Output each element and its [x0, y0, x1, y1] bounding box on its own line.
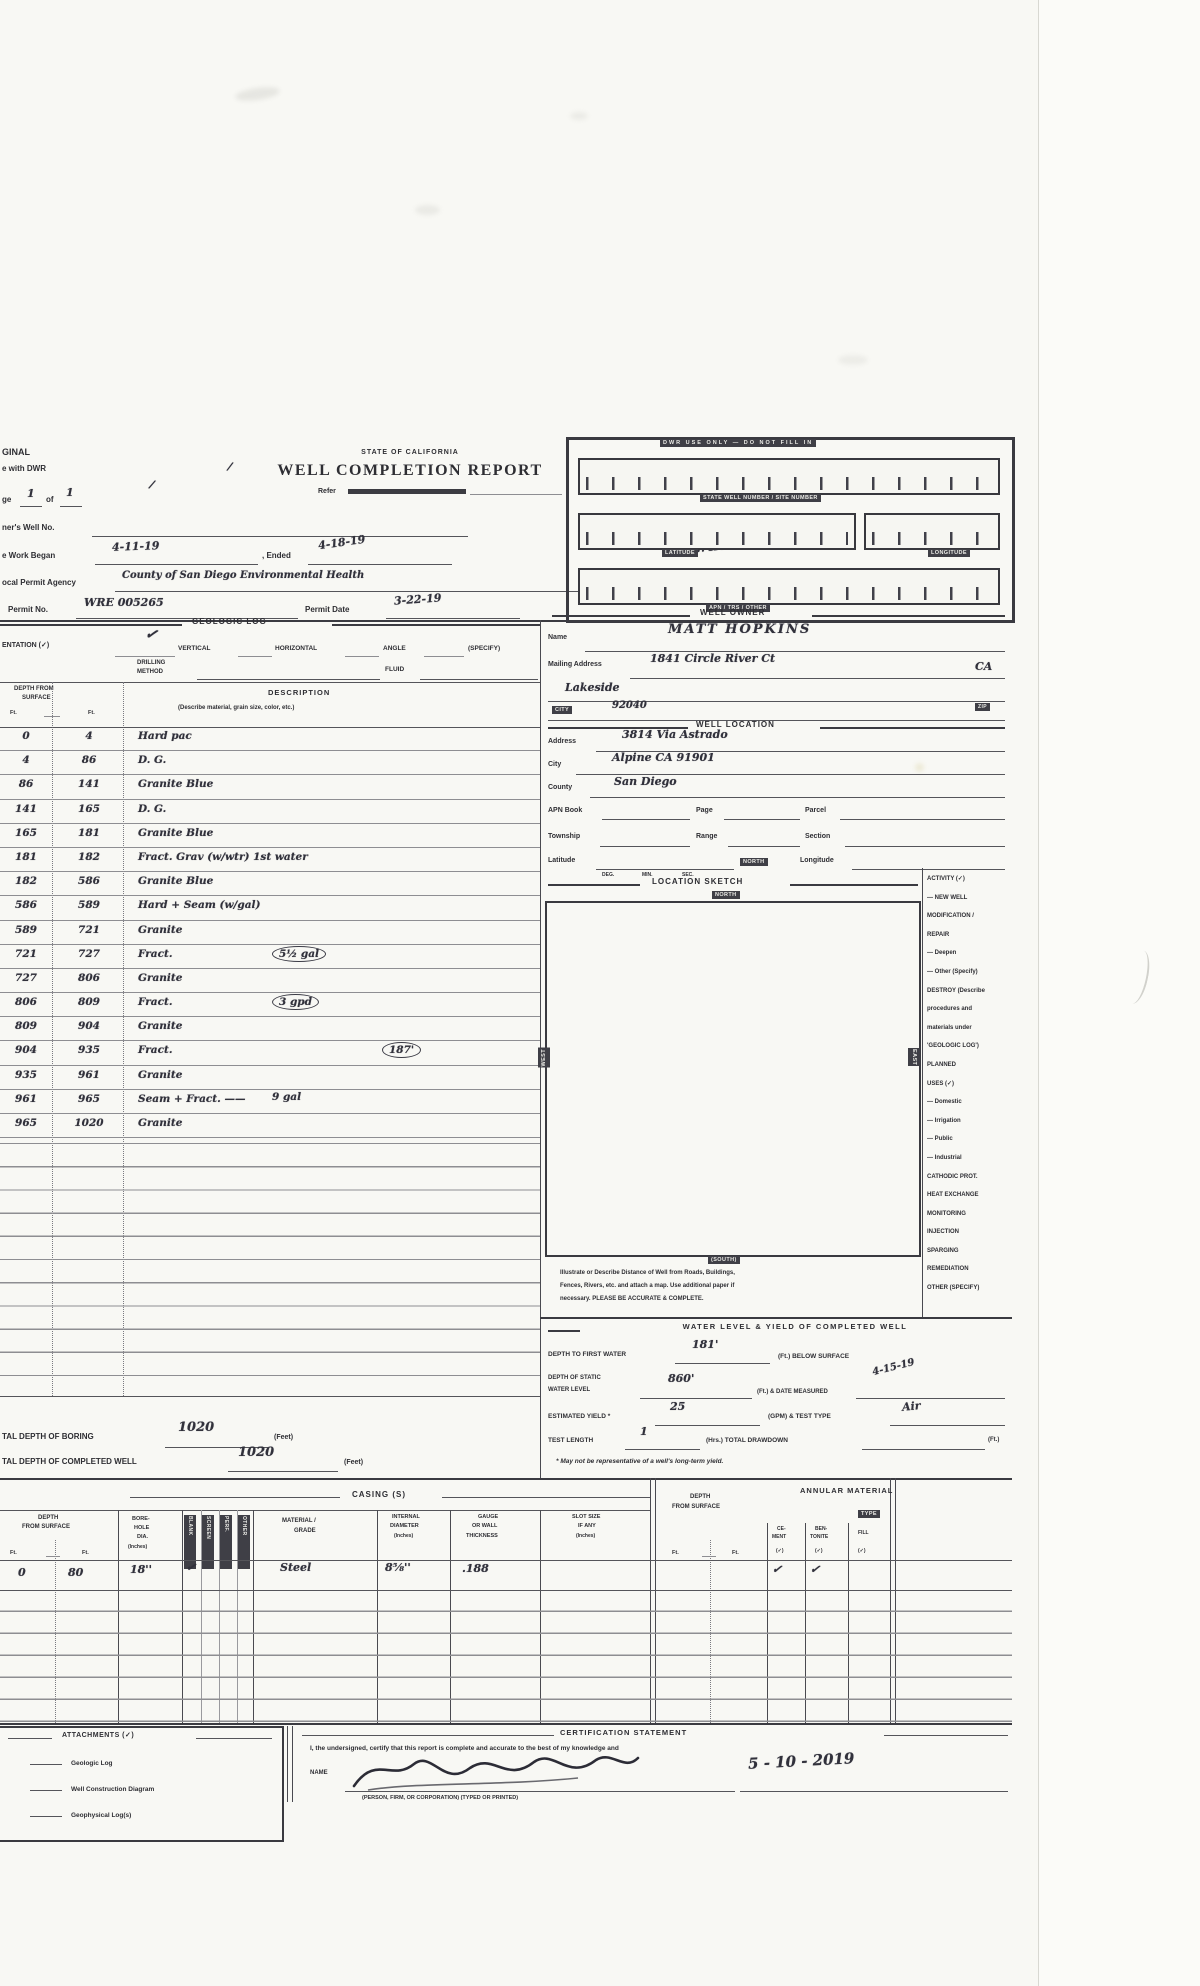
blank-line: [590, 797, 1005, 798]
activity-item: procedures and: [927, 1000, 1012, 1019]
gauge-label-1: GAUGE: [478, 1514, 498, 1520]
permit-agency-value: County of San Diego Environmental Health: [122, 570, 364, 581]
log-depth-from: 165: [4, 827, 48, 839]
activity-item: — Other (Specify): [927, 963, 1012, 982]
cement-check-label: (✓): [776, 1548, 784, 1554]
apn-book-label: APN Book: [548, 807, 582, 814]
total-depth-completed-label: TAL DEPTH OF COMPLETED WELL: [2, 1457, 137, 1466]
activity-item: — Public: [927, 1130, 1012, 1149]
activity-item: ACTIVITY (✓): [927, 870, 1012, 889]
blank-line: [845, 846, 1005, 847]
casing-title: CASING (S): [352, 1490, 406, 1499]
ft-dash: [702, 1556, 716, 1557]
empty-log-rows: [0, 1121, 540, 1396]
bore-hole-label-2: HOLE: [134, 1525, 149, 1531]
sketch-north-label: NORTH: [712, 891, 740, 899]
permit-no-label: Permit No.: [8, 605, 48, 614]
fill-label: FILL: [858, 1530, 869, 1536]
total-depth-boring-label: TAL DEPTH OF BORING: [2, 1432, 94, 1441]
header-rule: [548, 1330, 580, 1332]
blank-line: [420, 679, 538, 680]
scan-artifact: [415, 205, 440, 215]
first-water-value: 181': [692, 1338, 718, 1351]
scan-artifact: [570, 112, 588, 120]
blank-line: [840, 819, 1005, 820]
activity-column: ACTIVITY (✓)— NEW WELLMODIFICATION /REPA…: [927, 870, 1012, 1315]
log-description: Granite: [138, 1020, 182, 1032]
section-divider: [0, 620, 1012, 622]
total-depth-boring-value: 1020: [178, 1420, 214, 1435]
owner-name-value: MATT HOPKINS: [668, 622, 811, 637]
blank-line: [585, 651, 1005, 652]
activity-item: MODIFICATION /: [927, 907, 1012, 926]
log-description: Fract.: [138, 1044, 173, 1056]
static-water-value: 860': [668, 1372, 694, 1385]
annular-cement-checkmark: ✓: [771, 1562, 782, 1577]
signature-line: [345, 1791, 735, 1792]
casing-ft-left: Ft.: [10, 1550, 17, 1556]
log-depth-from: 961: [4, 1093, 48, 1105]
attachment-label: Geologic Log: [71, 1760, 113, 1767]
certification-title: CERTIFICATION STATEMENT: [560, 1728, 687, 1737]
log-depth-from: 86: [4, 778, 48, 790]
owner-city-value: Lakeside: [565, 681, 620, 694]
refer-label: Refer: [318, 488, 336, 495]
state-of-california-label: STATE OF CALIFORNIA: [300, 449, 520, 456]
owners-well-no-label: ner's Well No.: [2, 523, 54, 532]
city-label: CITY: [552, 706, 572, 714]
first-water-label: DEPTH TO FIRST WATER: [548, 1351, 626, 1358]
fill-check-label: (✓): [858, 1548, 866, 1554]
drilling-method-label: DRILLING: [137, 660, 165, 666]
date-line: [740, 1791, 1008, 1792]
geologic-log-row: 727 806 Granite: [0, 969, 540, 993]
activity-item: HEAT EXCHANGE: [927, 1186, 1012, 1205]
activity-item: OTHER (SPECIFY): [927, 1279, 1012, 1298]
header-rule: [790, 884, 918, 886]
log-depth-to: 806: [58, 972, 120, 984]
attachment-label: Geophysical Log(s): [71, 1812, 131, 1819]
page-label: ge: [2, 495, 11, 504]
geologic-log-row: 141 165 D. G.: [0, 800, 540, 824]
log-depth-from: 904: [4, 1044, 48, 1056]
permit-agency-label: ocal Permit Agency: [2, 578, 76, 587]
blank-line: [728, 846, 800, 847]
county-value: San Diego: [614, 775, 677, 788]
log-depth-from: 182: [4, 875, 48, 887]
apn-trs-field: [578, 568, 1000, 605]
blank-line: [95, 564, 258, 565]
attachment-item: Geologic Log: [0, 1752, 276, 1778]
blank-line: [308, 564, 452, 565]
annular-depth-header-1: DEPTH: [690, 1494, 710, 1500]
slot-label-1: SLOT SIZE: [572, 1514, 600, 1520]
location-address-label: Address: [548, 738, 576, 745]
orientation-label: ENTATION (✓): [2, 641, 49, 649]
blank-line: [345, 656, 379, 657]
activity-item: — Domestic: [927, 1093, 1012, 1112]
activity-item: REMEDIATION: [927, 1260, 1012, 1279]
log-depth-from: 721: [4, 948, 48, 960]
signature-sub-label: (PERSON, FIRM, OR CORPORATION) (TYPED OR…: [362, 1795, 518, 1801]
state-well-number-field: [578, 458, 1000, 495]
table-header-top-rule: [0, 682, 540, 683]
annular-bentonite-checkmark: ✓: [809, 1562, 820, 1577]
gauge-label-2: OR WALL: [472, 1523, 497, 1529]
scan-artifact-paren: [1123, 949, 1154, 1006]
log-depth-from: 181: [4, 851, 48, 863]
bore-hole-label-1: BORE-: [132, 1516, 150, 1522]
geologic-log-row: 181 182 Fract. Grav (w/wtr) 1st water: [0, 848, 540, 872]
log-depth-to: 181: [58, 827, 120, 839]
casing-bottom-rule: [0, 1723, 1012, 1725]
slot-label-2: IF ANY: [578, 1523, 596, 1529]
geologic-log-row: 165 181 Granite Blue: [0, 824, 540, 848]
specify-option-label: (SPECIFY): [468, 645, 500, 652]
log-note: 187': [382, 1042, 421, 1058]
description-header: DESCRIPTION: [268, 688, 330, 697]
attachment-item: Geophysical Log(s): [0, 1804, 276, 1830]
activity-item: — NEW WELL: [927, 889, 1012, 908]
attachments-title: ATTACHMENTS (✓): [62, 1731, 134, 1739]
sketch-instructions-2: Fences, Rivers, etc. and attach a map. U…: [560, 1283, 734, 1289]
ft-label-left: Ft.: [10, 710, 17, 716]
activity-item: materials under: [927, 1019, 1012, 1038]
log-depth-from: 809: [4, 1020, 48, 1032]
apn-page-label: Page: [696, 807, 713, 814]
location-city-value: Alpine CA 91901: [612, 751, 715, 764]
scan-artifact: [838, 355, 868, 365]
geologic-log-row: 935 961 Granite: [0, 1066, 540, 1090]
casing-depth-to-value: 80: [68, 1566, 83, 1579]
sketch-east-label: EAST: [908, 1048, 920, 1066]
geologic-log-rows: 0 4 Hard pac 4 86 D. G. 86 141 Granite B…: [0, 727, 540, 1138]
drilling-method-label-2: METHOD: [137, 669, 163, 675]
latitude-box-label: LATITUDE: [662, 549, 698, 557]
log-description: Fract.: [138, 948, 173, 960]
section-divider: [540, 1317, 1012, 1319]
sketch-instructions-3: necessary. PLEASE BE ACCURATE & COMPLETE…: [560, 1296, 704, 1302]
header-rule: [130, 1497, 340, 1498]
log-description: Granite: [138, 924, 182, 936]
casing-depth-from-value: 0: [18, 1566, 26, 1579]
redacted-bar: [348, 489, 466, 494]
log-description: Hard + Seam (w/gal): [138, 899, 260, 911]
owner-state-value: CA: [975, 660, 992, 673]
geologic-log-row: 182 586 Granite Blue: [0, 872, 540, 896]
blank-line: [862, 1449, 985, 1450]
owner-name-label: Name: [548, 634, 567, 641]
internal-label-2: DIAMETER: [390, 1523, 419, 1529]
log-description: Granite Blue: [138, 827, 213, 839]
log-depth-from: 0: [4, 730, 48, 742]
section-label: Section: [805, 833, 830, 840]
internal-label-1: INTERNAL: [392, 1514, 420, 1520]
geologic-log-row: 961 965 Seam + Fract. —— 9 gal: [0, 1090, 540, 1114]
log-description: Granite: [138, 972, 182, 984]
log-description: Granite Blue: [138, 778, 213, 790]
original-label: GINAL: [2, 447, 30, 457]
bentonite-check-label: (✓): [815, 1548, 823, 1554]
page-number-value: 1: [27, 487, 35, 500]
page-total-value: 1: [66, 486, 74, 499]
log-description: Granite: [138, 1069, 182, 1081]
header-rule: [820, 727, 1005, 729]
casing-material-value: Steel: [280, 1561, 311, 1574]
annular-ft-right: Ft.: [732, 1550, 739, 1556]
certification-bracket-line: [287, 1726, 288, 1802]
geologic-log-row: 589 721 Granite: [0, 921, 540, 945]
cement-label-2: MENT: [772, 1534, 786, 1540]
latitude-field: [578, 513, 856, 550]
header-rule: [884, 1735, 1008, 1736]
log-depth-to: 182: [58, 851, 120, 863]
log-description: D. G.: [138, 803, 166, 815]
attachment-label: Well Construction Diagram: [71, 1786, 154, 1793]
log-depth-from: 935: [4, 1069, 48, 1081]
test-length-value: 1: [640, 1425, 648, 1438]
log-depth-to: 4: [58, 730, 120, 742]
blank-line: [115, 656, 175, 657]
file-with-dwr-label: e with DWR: [2, 464, 46, 473]
casing-header-bottom-rule: [0, 1560, 1012, 1561]
permit-date-value: 3-22-19: [394, 591, 442, 607]
activity-item: PLANNED: [927, 1056, 1012, 1075]
log-depth-to: 86: [58, 754, 120, 766]
signature: [348, 1748, 643, 1794]
log-depth-to: 809: [58, 996, 120, 1008]
attachment-check-blank: [30, 1781, 62, 1791]
attachment-check-blank: [30, 1807, 62, 1817]
geologic-log-row: 721 727 Fract. 5½ gal: [0, 945, 540, 969]
material-label-2: GRADE: [294, 1528, 316, 1534]
empty-casing-rows: [0, 1590, 1012, 1722]
log-depth-to: 965: [58, 1093, 120, 1105]
scan-artifact: [915, 763, 924, 772]
bentonite-label-2: TONITE: [810, 1534, 828, 1540]
ended-label: , Ended: [262, 551, 291, 560]
work-began-label: e Work Began: [2, 551, 55, 560]
log-depth-to: 165: [58, 803, 120, 815]
estimated-yield-label: ESTIMATED YIELD *: [548, 1413, 610, 1420]
log-depth-to: 141: [58, 778, 120, 790]
casing-depth-header-1: DEPTH: [38, 1515, 58, 1521]
scanned-document-page: GINAL e with DWR ge 1 of 1 / / ner's Wel…: [0, 0, 1038, 1986]
blank-line: [238, 656, 272, 657]
location-city-label: City: [548, 761, 561, 768]
blank-line: [856, 1398, 1005, 1399]
blank-line: [470, 494, 562, 495]
log-depth-to: 721: [58, 924, 120, 936]
bore-hole-label-3: DIA.: [137, 1534, 148, 1540]
mailing-address-value: 1841 Circle River Ct: [650, 652, 775, 665]
drawdown-label: (Hrs.) TOTAL DRAWDOWN: [706, 1437, 788, 1444]
blank-line: [630, 678, 1005, 679]
ft-label: (Ft.): [988, 1437, 999, 1443]
log-table-bottom-rule: [0, 1396, 540, 1397]
horizontal-option-label: HORIZONTAL: [275, 645, 317, 652]
depth-from-surface-header-2: SURFACE: [22, 695, 51, 701]
state-well-number-label: STATE WELL NUMBER / SITE NUMBER: [700, 494, 821, 502]
test-length-label: TEST LENGTH: [548, 1437, 593, 1444]
sketch-instructions-1: Illustrate or Describe Distance of Well …: [560, 1270, 735, 1276]
stray-mark: /: [227, 460, 233, 474]
date-measured-label: (Ft.) & DATE MEASURED: [757, 1389, 828, 1395]
log-depth-from: 589: [4, 924, 48, 936]
cement-label-1: CE-: [777, 1526, 786, 1532]
log-note: 9 gal: [272, 1091, 301, 1103]
log-note: 5½ gal: [272, 946, 326, 962]
document-title: WELL COMPLETION REPORT: [235, 462, 585, 480]
annular-ft-left: Ft.: [672, 1550, 679, 1556]
log-depth-from: 727: [4, 972, 48, 984]
activity-item: — Industrial: [927, 1149, 1012, 1168]
blank-line: [675, 1363, 770, 1364]
attachment-item: Well Construction Diagram: [0, 1778, 276, 1804]
activity-item: USES (✓): [927, 1075, 1012, 1094]
north-label: NORTH: [740, 858, 768, 866]
yield-footnote: * May not be representative of a well's …: [556, 1458, 723, 1465]
log-depth-to: 589: [58, 899, 120, 911]
township-label: Township: [548, 833, 580, 840]
log-depth-to: 586: [58, 875, 120, 887]
activity-item: MONITORING: [927, 1205, 1012, 1224]
activity-item: 'GEOLOGIC LOG'): [927, 1037, 1012, 1056]
blank-line: [890, 1425, 1005, 1426]
work-began-value: 4-11-19: [112, 539, 160, 554]
log-note: 3 gpd: [272, 994, 319, 1010]
blank-line: [600, 846, 690, 847]
blank-line: [197, 679, 380, 680]
section-divider: [0, 1478, 1012, 1480]
location-address-value: 3814 Via Astrado: [622, 728, 728, 741]
description-subheader: (Describe material, grain size, color, e…: [178, 705, 294, 711]
blank-line: [602, 819, 690, 820]
geologic-log-row: 0 4 Hard pac: [0, 727, 540, 751]
geologic-log-title: GEOLOGIC LOG: [192, 617, 267, 626]
log-depth-to: 727: [58, 948, 120, 960]
casing-ft-right: Ft.: [82, 1550, 89, 1556]
header-rule: [302, 1735, 554, 1736]
feet-label-2: (Feet): [344, 1459, 363, 1466]
certification-bracket-line: [292, 1726, 293, 1802]
blank-line: [625, 1449, 700, 1450]
log-description: Granite Blue: [138, 875, 213, 887]
log-depth-from: 4: [4, 754, 48, 766]
activity-item: DESTROY (Describe: [927, 982, 1012, 1001]
location-sketch-box: [545, 901, 921, 1257]
bentonite-label-1: BEN-: [815, 1526, 827, 1532]
header-rule: [8, 1738, 52, 1739]
permit-date-label: Permit Date: [305, 605, 349, 614]
blank-line: [640, 1398, 752, 1399]
certification-date-value: 5 - 10 - 2019: [748, 1749, 855, 1773]
blank-line: [655, 1425, 760, 1426]
ft-label-right: Ft.: [88, 710, 95, 716]
slot-label-3: (Inches): [576, 1533, 595, 1539]
vertical-option-label: VERTICAL: [178, 645, 211, 652]
geologic-log-row: 904 935 Fract. 187': [0, 1041, 540, 1065]
blank-line: [60, 506, 82, 507]
blank-line: [92, 536, 468, 537]
static-water-label-1: DEPTH OF STATIC: [548, 1375, 601, 1381]
internal-label-3: (Inches): [394, 1533, 413, 1539]
sketch-south-label: (SOUTH): [708, 1256, 740, 1264]
total-depth-completed-value: 1020: [238, 1445, 274, 1460]
attachment-check-blank: [30, 1755, 62, 1765]
below-surface-label: (Ft.) BELOW SURFACE: [778, 1353, 849, 1360]
annular-type-label: TYPE: [858, 1510, 880, 1518]
geologic-log-row: 586 589 Hard + Seam (w/gal): [0, 896, 540, 920]
activity-item: — Irrigation: [927, 1112, 1012, 1131]
log-description: D. G.: [138, 754, 166, 766]
test-type-value: Air: [901, 1399, 921, 1414]
zip-label: ZIP: [975, 703, 990, 711]
geologic-log-row: 4 86 D. G.: [0, 751, 540, 775]
deg-label: DEG.: [602, 872, 614, 878]
sketch-west-label: WEST: [538, 1048, 550, 1068]
water-level-title: WATER LEVEL & YIELD OF COMPLETED WELL: [585, 1322, 1005, 1331]
activity-column-divider: [922, 868, 923, 1317]
fluid-label: FLUID: [385, 666, 404, 673]
header-rule: [552, 615, 690, 617]
latitude-label: Latitude: [548, 857, 575, 864]
date-measured-value: 4-15-19: [871, 1357, 915, 1378]
name-label: NAME: [310, 1770, 328, 1776]
casing-type-checkmark: ✓: [185, 1559, 197, 1574]
of-label: of: [46, 495, 54, 504]
longitude-label: Longitude: [800, 857, 834, 864]
blank-line: [386, 618, 520, 619]
blank-line: [424, 656, 464, 657]
log-depth-from: 141: [4, 803, 48, 815]
ft-dash: [46, 1556, 60, 1557]
log-depth-from: 806: [4, 996, 48, 1008]
header-rule: [442, 1497, 650, 1498]
county-label: County: [548, 784, 572, 791]
log-description: Hard pac: [138, 730, 192, 742]
log-description: Fract.: [138, 996, 173, 1008]
activity-item: REPAIR: [927, 926, 1012, 945]
casing-internal-dia-value: 8⅝'': [385, 1561, 411, 1574]
geologic-log-row: 806 809 Fract. 3 gpd: [0, 993, 540, 1017]
casing-gauge-value: .188: [462, 1562, 489, 1575]
test-type-label: (GPM) & TEST TYPE: [768, 1413, 831, 1420]
header-rule: [196, 1738, 272, 1739]
material-label-1: MATERIAL /: [282, 1518, 316, 1524]
casing-bore-dia-value: 18'': [130, 1563, 152, 1576]
gauge-label-3: THICKNESS: [466, 1533, 498, 1539]
geologic-log-row: 809 904 Granite: [0, 1017, 540, 1041]
orientation-checkmark: ✓: [144, 624, 160, 644]
static-water-label-2: WATER LEVEL: [548, 1387, 590, 1393]
casing-table-top-rule: [0, 1510, 650, 1511]
estimated-yield-value: 25: [670, 1400, 685, 1413]
page-edge-shadow: [1038, 0, 1039, 1986]
scan-artifact: [234, 85, 280, 103]
log-depth-to: 935: [58, 1044, 120, 1056]
blank-line: [724, 819, 800, 820]
min-label: MIN.: [642, 872, 653, 878]
permit-no-value: WRE 005265: [84, 596, 164, 609]
dwr-use-only-label: DWR USE ONLY — DO NOT FILL IN: [660, 439, 816, 447]
annular-depth-header-2: FROM SURFACE: [672, 1504, 720, 1510]
well-owner-title: WELL OWNER: [700, 608, 765, 617]
stray-mark: /: [148, 478, 155, 492]
parcel-label: Parcel: [805, 807, 826, 814]
blank-line: [20, 506, 42, 507]
owner-zip-value: 92040: [612, 700, 647, 711]
